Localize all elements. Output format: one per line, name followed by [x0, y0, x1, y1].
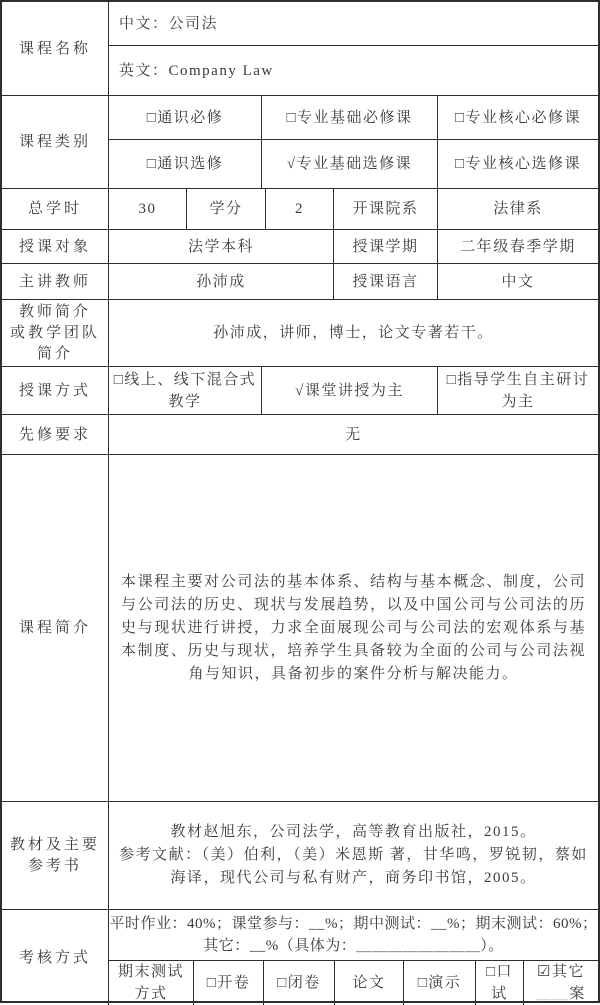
assessment-summary-line2: 其它：__%（具体为：＿＿＿＿＿＿＿＿）。 [110, 935, 598, 957]
checkbox-major-basic-required[interactable]: □专业基础必修课 [262, 96, 438, 139]
department-label: 开课院系 [334, 189, 438, 229]
row-course-category: 课程类别 □通识必修 □专业基础必修课 □专业核心必修课 □通识选修 √专业 [2, 96, 598, 189]
course-name-label-text: 课程名称 [19, 38, 91, 60]
assessment-label: 考核方式 [2, 910, 109, 1005]
checkbox-presentation[interactable]: □演示 [404, 961, 476, 1005]
row-hours-credits: 总学时 30 学分 2 开课院系 法律系 [2, 189, 598, 230]
assessment-summary-line1: 平时作业：40%；课堂参与：__%；期中测试：__%；期末测试：60%； [110, 913, 598, 935]
credits-label: 学分 [187, 189, 266, 229]
row-audience: 授课对象 法学本科 授课学期 二年级春季学期 [2, 230, 598, 264]
semester-label: 授课学期 [334, 230, 438, 263]
course-name-values: 中文：公司法 英文：Company Law [109, 2, 598, 95]
checkbox-lecture-based[interactable]: √课堂讲授为主 [262, 367, 438, 414]
checkbox-major-core-elective[interactable]: □专业核心选修课 [438, 140, 598, 188]
row-textbook: 教材及主要 参考书 教材赵旭东，公司法学，高等教育出版社，2015。 参考文献：… [2, 802, 598, 910]
course-name-label: 课程名称 [2, 2, 109, 95]
course-intro-label: 课程简介 [2, 455, 109, 801]
textbook-line1: 教材赵旭东，公司法学，高等教育出版社，2015。 [115, 821, 592, 844]
checkbox-self-study[interactable]: □指导学生自主研讨为主 [438, 367, 598, 414]
other-option-label: ☑其它 [536, 961, 586, 983]
checkbox-thesis[interactable]: 论文 [335, 961, 404, 1005]
checkbox-other-checked[interactable]: ☑其它 ＿＿案 [524, 961, 598, 1005]
course-intro-value: 本课程主要对公司法的基本体系、结构与基本概念、制度，公司与公司法的历史、现状与发… [109, 455, 598, 801]
semester-value: 二年级春季学期 [438, 230, 598, 263]
instructor-value: 孙沛成 [109, 264, 334, 299]
checkbox-major-basic-elective[interactable]: √专业基础选修课 [262, 140, 438, 188]
total-hours-value: 30 [109, 189, 187, 229]
checkbox-oral-exam[interactable]: □口试 [476, 961, 524, 1005]
department-value: 法律系 [438, 189, 598, 229]
course-info-table: 课程名称 中文：公司法 英文：Company Law 课程类别 □通识必修 [0, 0, 600, 1003]
checkbox-general-required[interactable]: □通识必修 [109, 96, 262, 139]
language-label: 授课语言 [334, 264, 438, 299]
instructor-bio-value: 孙沛成，讲师，博士，论文专著若干。 [109, 300, 598, 366]
course-name-zh: 中文：公司法 [109, 2, 598, 45]
checkbox-blended-teaching[interactable]: □线上、线下混合式教学 [109, 367, 262, 414]
row-instructor-bio: 教师简介 或教学团队 简介 孙沛成，讲师，博士，论文专著若干。 [2, 300, 598, 367]
prerequisite-label: 先修要求 [2, 415, 109, 454]
assessment-summary: 平时作业：40%；课堂参与：__%；期中测试：__%；期末测试：60%； 其它：… [109, 910, 598, 960]
textbook-value: 教材赵旭东，公司法学，高等教育出版社，2015。 参考文献：（美）伯利，（美）米… [109, 802, 598, 909]
audience-label: 授课对象 [2, 230, 109, 263]
row-course-intro: 课程简介 本课程主要对公司法的基本体系、结构与基本概念、制度，公司与公司法的历史… [2, 455, 598, 802]
textbook-label: 教材及主要 参考书 [2, 802, 109, 909]
checkbox-general-elective[interactable]: □通识选修 [109, 140, 262, 188]
course-name-en: 英文：Company Law [109, 46, 598, 95]
language-value: 中文 [438, 264, 598, 299]
row-course-name: 课程名称 中文：公司法 英文：Company Law [2, 2, 598, 96]
total-hours-label: 总学时 [2, 189, 109, 229]
row-prerequisite: 先修要求 无 [2, 415, 598, 455]
checkbox-closed-book[interactable]: □闭卷 [264, 961, 335, 1005]
checkbox-open-book[interactable]: □开卷 [194, 961, 264, 1005]
textbook-line2: 参考文献：（美）伯利，（美）米恩斯 著，甘华鸣，罗锐韧，蔡如海译，现代公司与私有… [115, 844, 592, 890]
final-exam-mode-label: 期末测试 方式 [109, 961, 194, 1005]
row-assessment: 考核方式 平时作业：40%；课堂参与：__%；期中测试：__%；期末测试：60%… [2, 910, 598, 1005]
other-option-value: ＿＿案 [536, 983, 586, 1005]
checkbox-major-core-required[interactable]: □专业核心必修课 [438, 96, 598, 139]
prerequisite-value: 无 [109, 415, 598, 454]
course-category-label: 课程类别 [2, 96, 109, 188]
credits-value: 2 [266, 189, 334, 229]
row-teaching-mode: 授课方式 □线上、线下混合式教学 √课堂讲授为主 □指导学生自主研讨为主 [2, 367, 598, 415]
teaching-mode-label: 授课方式 [2, 367, 109, 414]
instructor-label: 主讲教师 [2, 264, 109, 299]
row-instructor: 主讲教师 孙沛成 授课语言 中文 [2, 264, 598, 300]
audience-value: 法学本科 [109, 230, 334, 263]
instructor-bio-label: 教师简介 或教学团队 简介 [2, 300, 109, 366]
